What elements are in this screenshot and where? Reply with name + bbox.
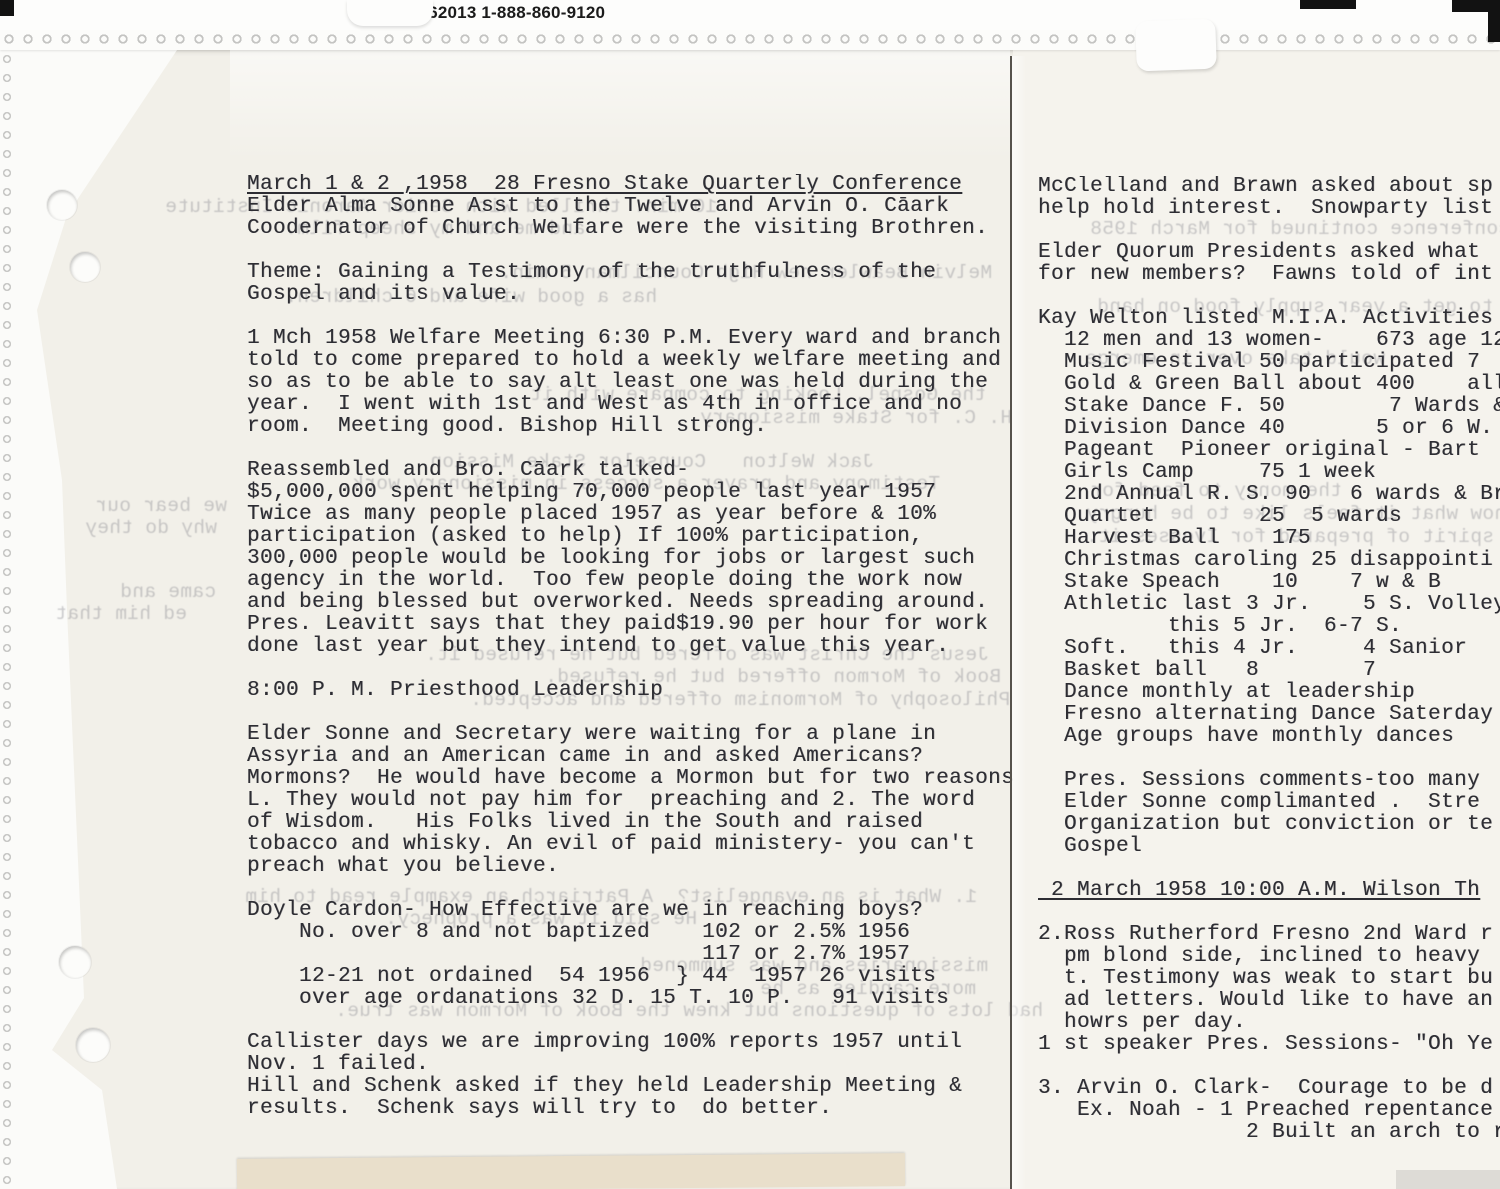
binder-tab: [347, 0, 433, 26]
typed-line: [1038, 858, 1500, 880]
typed-line: [247, 306, 1015, 328]
punch-hole: [47, 190, 77, 220]
binding-rings-top: [0, 29, 1500, 50]
typed-line: [247, 1010, 1015, 1032]
scanned-document-page: 10 min. thrilled with Senior Aaronic Ins…: [0, 0, 1500, 1189]
typed-line: [247, 240, 1015, 262]
typed-line: for new members? Fawns told of int: [1038, 264, 1500, 286]
typed-line: Organization but conviction or te: [1038, 814, 1500, 836]
scan-corner-artifact: [1396, 1170, 1500, 1189]
typed-line: 2nd Annual R. S. 90 6 wards & Br: [1038, 484, 1500, 506]
typed-line: so as to be able to say alt least one wa…: [247, 372, 1015, 394]
typed-line: Elder Sonne complimanted . Stre: [1038, 792, 1500, 814]
typed-line: year. I went with 1st and West as 4th in…: [247, 394, 1015, 416]
typed-line: Dance monthly at leadership: [1038, 682, 1500, 704]
typed-line: [1038, 286, 1500, 308]
typed-line: [247, 438, 1015, 460]
typed-line: and being blessed but overworked. Needs …: [247, 592, 1015, 614]
typed-line: Stake Speach 10 7 w & B: [1038, 572, 1500, 594]
typed-line: [1038, 1056, 1500, 1078]
typed-line: help hold interest. Snowparty list: [1038, 198, 1500, 220]
punch-hole: [59, 946, 91, 978]
typed-line: Elder Alma Sonne Asst to the Twelve and …: [247, 196, 1015, 218]
typed-line: Callister days we are improving 100% rep…: [247, 1032, 1015, 1054]
typed-line: of Wisdom. His Folks lived in the South …: [247, 812, 1015, 834]
typed-line: [247, 658, 1015, 680]
typed-line: 2 March 1958 10:00 A.M. Wilson Th: [1038, 880, 1500, 902]
scan-artifact: [0, 0, 14, 16]
typed-line: Quartet 25 5 wards: [1038, 506, 1500, 528]
typed-line: $5,000,000 spent helping 70,000 people l…: [247, 482, 1015, 504]
typed-line: Kay Welton listed M.I.A. Activities: [1038, 308, 1500, 330]
typed-line: Ex. Noah - 1 Preached repentance: [1038, 1100, 1500, 1122]
typed-line: 8:00 P. M. Priesthood Leadership: [247, 680, 1015, 702]
typed-line: ad letters. Would like to have an: [1038, 990, 1500, 1012]
binder-tab: [1135, 19, 1217, 72]
typed-line: 3. Arvin O. Clark- Courage to be d: [1038, 1078, 1500, 1100]
typed-line: participation (asked to help) If 100% pa…: [247, 526, 1015, 548]
typed-line: [247, 878, 1015, 900]
typed-line: Soft. this 4 Jr. 4 Sanior: [1038, 638, 1500, 660]
punch-hole: [76, 1028, 110, 1062]
typed-line: Stake Dance F. 50 7 Wards &: [1038, 396, 1500, 418]
typed-line: Division Dance 40 5 or 6 W.: [1038, 418, 1500, 440]
typed-line: 1 st speaker Pres. Sessions- "Oh Ye: [1038, 1034, 1500, 1056]
typed-line: room. Meeting good. Bishop Hill strong.: [247, 416, 1015, 438]
typed-line: Pres. Sessions comments-too many: [1038, 770, 1500, 792]
typed-line: t. Testimony was weak to start bu: [1038, 968, 1500, 990]
typed-line: agency in the world. Too few people doin…: [247, 570, 1015, 592]
typed-line: told to come prepared to hold a weekly w…: [247, 350, 1015, 372]
typed-line: tobacco and whisky. An evil of paid mini…: [247, 834, 1015, 856]
typed-line: [1038, 220, 1500, 242]
typed-line: done last year but they intend to get va…: [247, 636, 1015, 658]
typed-line: Elder Quorum Presidents asked what: [1038, 242, 1500, 264]
typed-line: Assyria and an American came in and aske…: [247, 746, 1015, 768]
typed-line: Hill and Schenk asked if they held Leade…: [247, 1076, 1015, 1098]
typed-line: Nov. 1 failed.: [247, 1054, 1015, 1076]
typed-line: Gold & Green Ball about 400 all: [1038, 374, 1500, 396]
typed-line: Fresno alternating Dance Saterday: [1038, 704, 1500, 726]
right-column: McClelland and Brawn asked about sphelp …: [1038, 176, 1500, 1168]
typed-line: [1038, 748, 1500, 770]
typed-line: 117 or 2.7% 1957: [247, 944, 1015, 966]
typed-line: Doyle Cardon- How Effective are we in re…: [247, 900, 1015, 922]
typed-line: Pageant Pioneer original - Bart: [1038, 440, 1500, 462]
typed-line: Twice as many people placed 1957 as year…: [247, 504, 1015, 526]
typed-line: 1 Mch 1958 Welfare Meeting 6:30 P.M. Eve…: [247, 328, 1015, 350]
typed-line: Reassembled and Bro. Cāark talked-: [247, 460, 1015, 482]
typed-line: Music Festival 50 participated 7: [1038, 352, 1500, 374]
typed-line: [247, 702, 1015, 724]
typed-line: Harvest Ball 175: [1038, 528, 1500, 550]
typed-line: Girls Camp 75 1 week: [1038, 462, 1500, 484]
typed-line: 2.Ross Rutherford Fresno 2nd Ward r: [1038, 924, 1500, 946]
typed-line: Age groups have monthly dances: [1038, 726, 1500, 748]
typed-line: Gospel: [1038, 836, 1500, 858]
typed-line: McClelland and Brawn asked about sp: [1038, 176, 1500, 198]
scan-artifact: [1488, 0, 1500, 42]
typed-line: Theme: Gaining a Testimony of the truthf…: [247, 262, 1015, 284]
typed-line: 12 men and 13 women- 673 age 12: [1038, 330, 1500, 352]
typed-line: Coodernator of Church Welfare were the v…: [247, 218, 1015, 240]
typed-line: Athletic last 3 Jr. 5 S. Volley: [1038, 594, 1500, 616]
typed-line: No. over 8 and not baptized 102 or 2.5% …: [247, 922, 1015, 944]
scan-artifact: [1300, 0, 1356, 9]
typed-line: pm blond side, inclined to heavy: [1038, 946, 1500, 968]
typed-line: Basket ball 8 7: [1038, 660, 1500, 682]
page-fold-highlight: [1012, 56, 1026, 1189]
typed-line: 12-21 not ordained 54 1956 } 44 1957 26 …: [247, 966, 1015, 988]
typed-line: Christmas caroling 25 disappointi: [1038, 550, 1500, 572]
typed-line: 2 Built an arch to re: [1038, 1122, 1500, 1144]
typed-line: 300,000 people would be looking for jobs…: [247, 548, 1015, 570]
scan-glare: [230, 50, 1010, 160]
typed-line: over age ordanations 32 D. 15 T. 10 P. 9…: [247, 988, 1015, 1010]
typed-line: March 1 & 2 ,1958 28 Fresno Stake Quarte…: [247, 174, 1015, 196]
typed-line: this 5 Jr. 6-7 S.: [1038, 616, 1500, 638]
scan-edge-band: [237, 1153, 905, 1189]
typed-line: howrs per day.: [1038, 1012, 1500, 1034]
left-column: March 1 & 2 ,1958 28 Fresno Stake Quarte…: [247, 174, 1015, 1142]
typed-line: Elder Sonne and Secretary were waiting f…: [247, 724, 1015, 746]
typed-line: Gospel and its value.: [247, 284, 1015, 306]
typed-line: L. They would not pay him for preaching …: [247, 790, 1015, 812]
typed-line: Pres. Leavitt says that they paid$19.90 …: [247, 614, 1015, 636]
typed-line: [1038, 902, 1500, 924]
typed-line: results. Schenk says will try to do bett…: [247, 1098, 1015, 1120]
binding-rings-left: [0, 50, 15, 1189]
typed-line: Mormons? He would have become a Mormon b…: [247, 768, 1015, 790]
album-header: Style #62013 1-888-860-9120: [0, 0, 1500, 30]
punch-hole: [70, 252, 100, 282]
typed-line: preach what you believe.: [247, 856, 1015, 878]
